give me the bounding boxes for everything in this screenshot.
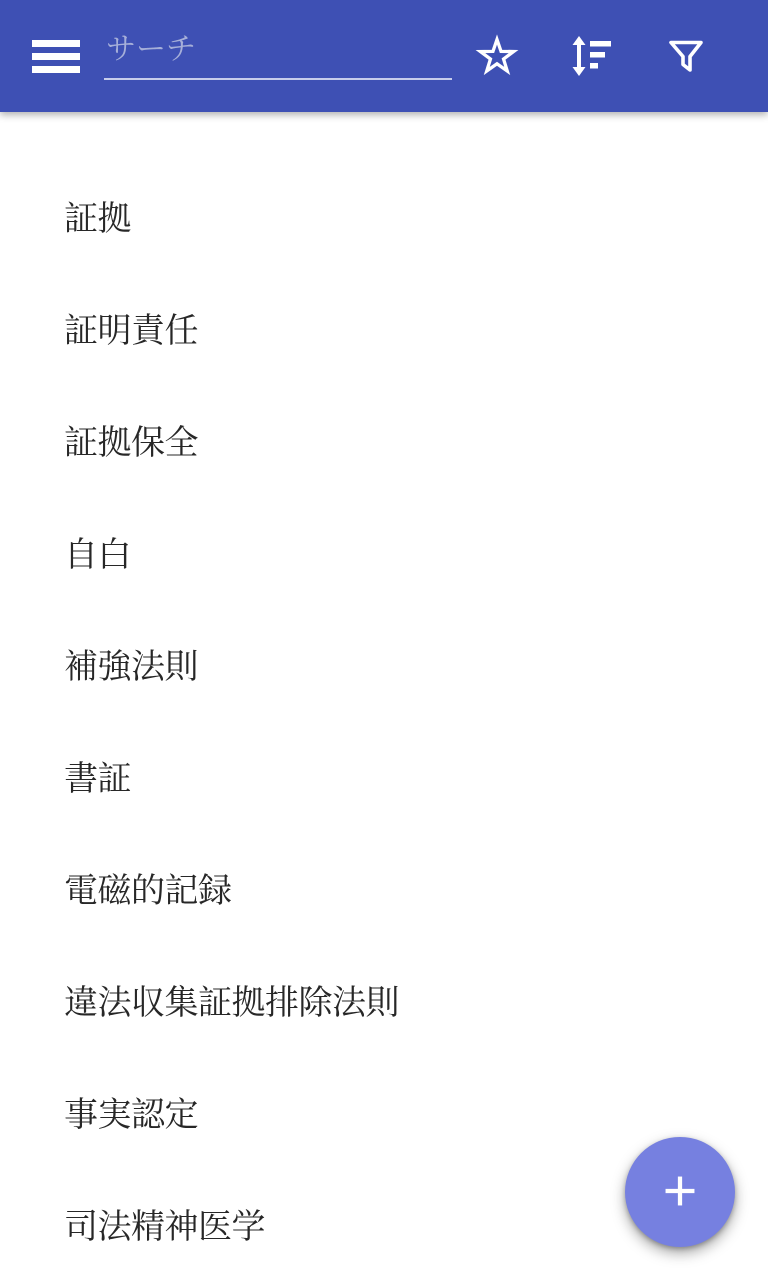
list-item-label: 書証 [64,751,131,800]
list-item[interactable]: 証拠保全 [0,383,768,495]
term-list: 証拠 証明責任 証拠保全 自白 補強法則 書証 電磁的記録 違法収集証拠排除法則… [0,112,768,1280]
list-item[interactable]: 自白 [0,495,768,607]
list-item[interactable]: 違法収集証拠排除法則 [0,943,768,1055]
list-item[interactable]: 補強法則 [0,607,768,719]
list-item-label: 電磁的記録 [64,863,232,912]
list-item-label: 事実認定 [64,1087,198,1136]
list-item-label: 証拠保全 [64,415,198,464]
list-item[interactable]: 証明責任 [0,271,768,383]
hamburger-menu-icon [32,40,80,73]
app-bar [0,0,768,112]
list-item-label: 補強法則 [64,639,198,688]
filter-button[interactable] [662,33,710,81]
favorite-button[interactable] [473,33,521,81]
list-item[interactable]: 電磁的記録 [0,831,768,943]
filter-icon [664,34,708,81]
list-item[interactable]: 証拠 [0,159,768,271]
search-input[interactable] [104,22,452,80]
sort-button[interactable] [567,33,615,81]
add-button[interactable] [625,1137,735,1247]
sort-icon [569,34,613,81]
list-item-label: 司法精神医学 [64,1199,265,1248]
menu-button[interactable] [24,32,88,80]
star-icon [475,34,519,81]
list-item-label: 違法収集証拠排除法則 [64,975,399,1024]
list-item-label: 証明責任 [64,303,198,352]
list-item-label: 証拠 [64,191,131,240]
plus-icon [663,1174,697,1211]
list-item[interactable]: 書証 [0,719,768,831]
list-item-label: 自白 [64,527,131,576]
app-screen: 証拠 証明責任 証拠保全 自白 補強法則 書証 電磁的記録 違法収集証拠排除法則… [0,0,768,1280]
